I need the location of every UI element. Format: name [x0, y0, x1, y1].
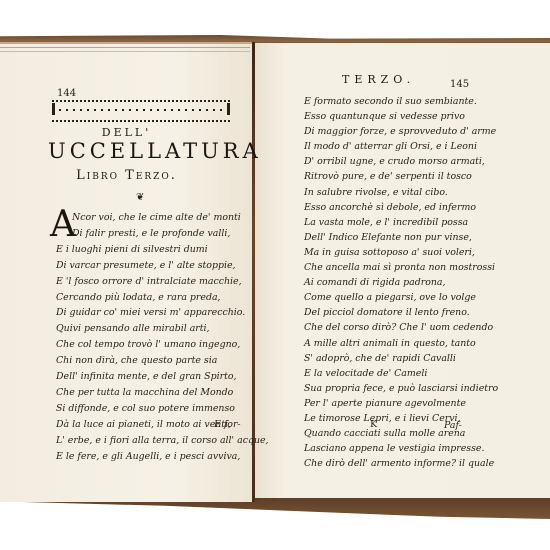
book-subtitle: Libro Terzo.	[0, 168, 253, 183]
verse-line: L' erbe, e i fiori alla terra, il corso …	[56, 433, 252, 449]
verse-line: S' adoprò, che de' rapidi Cavalli	[304, 351, 504, 366]
verse-line: Chi non dirà, che questo parte sia	[56, 353, 252, 369]
verse-line: Si diffonde, e col suo potere immenso	[56, 401, 252, 417]
verse-line: Ma in guisa sottoposo a' suoi voleri,	[304, 245, 504, 260]
fleuron-icon: ❦	[136, 192, 144, 203]
verse-line: Di falir presti, e le profonde valli,	[72, 226, 252, 242]
page-number-right: 145	[450, 79, 469, 90]
verse-line: Per l' aperte pianure agevolmente	[304, 396, 504, 411]
verse-line: D' orribil ugne, e crudo morso armati,	[304, 154, 504, 169]
verse-block-right: E formato secondo il suo sembiante. Esso…	[304, 94, 504, 471]
verse-line: E la velocitade de' Cameli	[304, 366, 504, 381]
signature-mark: K	[370, 419, 377, 430]
running-head: TERZO.	[342, 73, 415, 86]
verse-line: In salubre rivolse, e vital cibo.	[304, 185, 504, 200]
verse-line: Di maggior forze, e sprovveduto d' arme	[304, 124, 504, 139]
verse-line: E 'l fosco orrore d' intralciate macchie…	[56, 274, 252, 290]
verse-line: E formato secondo il suo sembiante.	[304, 94, 504, 109]
headpiece-ornament-icon	[52, 100, 230, 122]
catchword-right: Paf-	[444, 420, 462, 431]
verse-line: Dell' infinita mente, e del gran Spirto,	[56, 369, 252, 385]
verse-line: Dell' Indico Elefante non pur vinse,	[304, 230, 504, 245]
page-title: UCCELLATURA	[48, 139, 238, 163]
verse-line: A mille altri animali in questo, tanto	[304, 336, 504, 351]
verse-line: Che dirò dell' armento informe? il quale	[304, 456, 504, 471]
verse-line: Esso ancorchè sì debole, ed infermo	[304, 200, 504, 215]
verse-line: E le fere, e gli Augelli, e i pesci avvi…	[56, 449, 252, 465]
book-gutter	[252, 42, 255, 502]
verse-line: Cercando più lodata, e rara preda,	[56, 290, 252, 306]
verse-line: Che col tempo trovò l' umano ingegno,	[56, 337, 252, 353]
verse-line: Lasciano appena le vestigia impresse.	[304, 441, 504, 456]
page-edge-lines	[0, 47, 250, 52]
verse-line: Ai comandi di rigida padrona,	[304, 275, 504, 290]
verse-line: Di guidar co' miei versi m' apparecchio.	[56, 305, 252, 321]
verse-line: Quivi pensando alle mirabil arti,	[56, 321, 252, 337]
verse-line: Che per tutta la macchina del Mondo	[56, 385, 252, 401]
verse-line: Il modo d' atterrar gli Orsi, e i Leoni	[304, 139, 504, 154]
open-book: 144 DELL' UCCELLATURA Libro Terzo. ❦ A N…	[0, 0, 550, 550]
catchword-left: E for-	[214, 419, 241, 430]
verse-line: Del picciol domatore il lento freno.	[304, 305, 504, 320]
verse-line: Come quello a piegarsi, ove lo volge	[304, 290, 504, 305]
verse-line: Ncor voi, che le cime alte de' monti	[72, 210, 252, 226]
verse-line: La vasta mole, e l' incredibil possa	[304, 215, 504, 230]
title-prefix: DELL'	[0, 126, 253, 139]
verse-line: Esso quantunque si vedesse privo	[304, 109, 504, 124]
verse-line: Di varcar presumete, e l' alte stoppie,	[56, 258, 252, 274]
verse-line: Quando cacciati sulla molle arena	[304, 426, 504, 441]
page-number-left: 144	[57, 88, 76, 99]
verse-line: Che del corso dirò? Che l' uom cedendo	[304, 320, 504, 335]
verse-line: Ritrovò pure, e de' serpenti il tosco	[304, 169, 504, 184]
verse-line: Le timorose Lepri, e i lievi Cervi,	[304, 411, 504, 426]
verse-line: E i luoghi pieni di silvestri dumi	[56, 242, 252, 258]
verse-line: Che ancella mai sì pronta non mostrossi	[304, 260, 504, 275]
verse-line: Sua propria fece, e può lasciarsi indiet…	[304, 381, 504, 396]
